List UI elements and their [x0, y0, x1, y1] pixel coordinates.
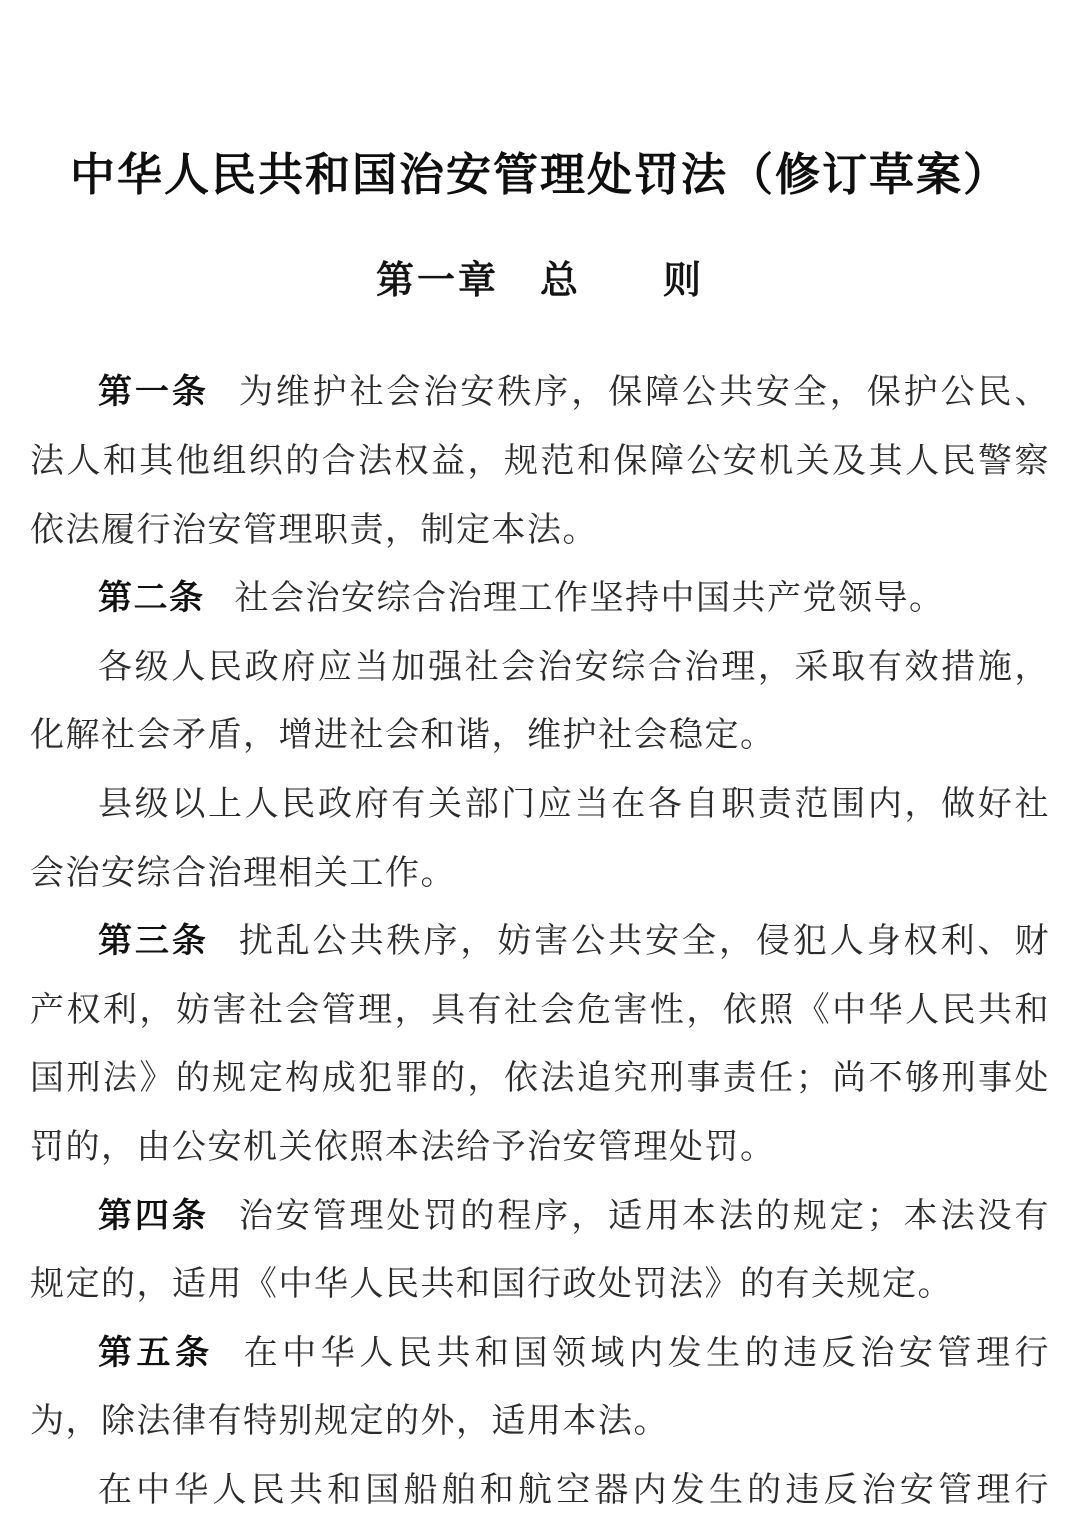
article-1-number: 第一条	[98, 374, 239, 411]
article-4-line-1: 第四条治安管理处罚的程序，适用本法的规定；本法没有	[30, 1183, 1050, 1252]
document-body: 第一条为维护社会治安秩序，保障公共安全，保护公民、 法人和其他组织的合法权益，规…	[30, 359, 1050, 1519]
line-text: 为维护社会治安秩序，保障公共安全，保护公民、	[239, 374, 1050, 411]
article-2-line-3: 化解社会矛盾，增进社会和谐，维护社会稳定。	[30, 702, 1050, 771]
article-1-line-3: 依法履行治安管理职责，制定本法。	[30, 497, 1050, 566]
document-page: 中华人民共和国治安管理处罚法（修订草案） 第一章 总 则 第一条为维护社会治安秩…	[0, 0, 1080, 1519]
article-5-line-2: 为，除法律有特别规定的外，适用本法。	[30, 1388, 1050, 1457]
line-text: 罚的，由公安机关依照本法给予治安管理处罚。	[30, 1129, 776, 1166]
line-text: 在中华人民共和国船舶和航空器内发生的违反治安管理行	[98, 1472, 1050, 1509]
line-text: 为，除法律有特别规定的外，适用本法。	[30, 1403, 669, 1440]
article-4-number: 第四条	[98, 1198, 239, 1235]
line-text: 产权利，妨害社会管理，具有社会危害性，依照《中华人民共和	[30, 992, 1050, 1029]
article-4-line-2: 规定的，适用《中华人民共和国行政处罚法》的有关规定。	[30, 1251, 1050, 1320]
article-2-line-1: 第二条社会治安综合治理工作坚持中国共产党领导。	[30, 565, 1050, 634]
article-1-line-2: 法人和其他组织的合法权益，规范和保障公安机关及其人民警察	[30, 428, 1050, 497]
article-3-number: 第三条	[98, 923, 239, 960]
article-5-line-1: 第五条在中华人民共和国领域内发生的违反治安管理行	[30, 1320, 1050, 1389]
article-5-number: 第五条	[98, 1335, 244, 1372]
article-2-number: 第二条	[98, 580, 235, 617]
line-text: 国刑法》的规定构成犯罪的，依法追究刑事责任；尚不够刑事处	[30, 1060, 1050, 1097]
article-3-line-1: 第三条扰乱公共秩序，妨害公共安全，侵犯人身权利、财	[30, 908, 1050, 977]
line-text: 依法履行治安管理职责，制定本法。	[30, 512, 598, 549]
article-3-line-2: 产权利，妨害社会管理，具有社会危害性，依照《中华人民共和	[30, 977, 1050, 1046]
line-text: 规定的，适用《中华人民共和国行政处罚法》的有关规定。	[30, 1266, 953, 1303]
article-2-line-2: 各级人民政府应当加强社会治安综合治理，采取有效措施，	[30, 634, 1050, 703]
article-2-line-4: 县级以上人民政府有关部门应当在各自职责范围内，做好社	[30, 771, 1050, 840]
line-text: 各级人民政府应当加强社会治安综合治理，采取有效措施，	[98, 649, 1050, 686]
article-2-line-5: 会治安综合治理相关工作。	[30, 840, 1050, 909]
article-1-line-1: 第一条为维护社会治安秩序，保障公共安全，保护公民、	[30, 359, 1050, 428]
line-text: 治安管理处罚的程序，适用本法的规定；本法没有	[239, 1198, 1050, 1235]
chapter-1-heading: 第一章 总 则	[0, 260, 1080, 304]
line-text: 扰乱公共秩序，妨害公共安全，侵犯人身权利、财	[239, 923, 1050, 960]
line-text: 法人和其他组织的合法权益，规范和保障公安机关及其人民警察	[30, 443, 1050, 480]
article-3-line-4: 罚的，由公安机关依照本法给予治安管理处罚。	[30, 1114, 1050, 1183]
article-5-line-3: 在中华人民共和国船舶和航空器内发生的违反治安管理行	[30, 1457, 1050, 1519]
line-text: 社会治安综合治理工作坚持中国共产党领导。	[235, 580, 945, 617]
article-3-line-3: 国刑法》的规定构成犯罪的，依法追究刑事责任；尚不够刑事处	[30, 1045, 1050, 1114]
line-text: 化解社会矛盾，增进社会和谐，维护社会稳定。	[30, 717, 776, 754]
line-text: 在中华人民共和国领域内发生的违反治安管理行	[244, 1335, 1050, 1372]
document-title: 中华人民共和国治安管理处罚法（修订草案）	[0, 0, 1080, 202]
line-text: 县级以上人民政府有关部门应当在各自职责范围内，做好社	[98, 786, 1050, 823]
line-text: 会治安综合治理相关工作。	[30, 855, 456, 892]
